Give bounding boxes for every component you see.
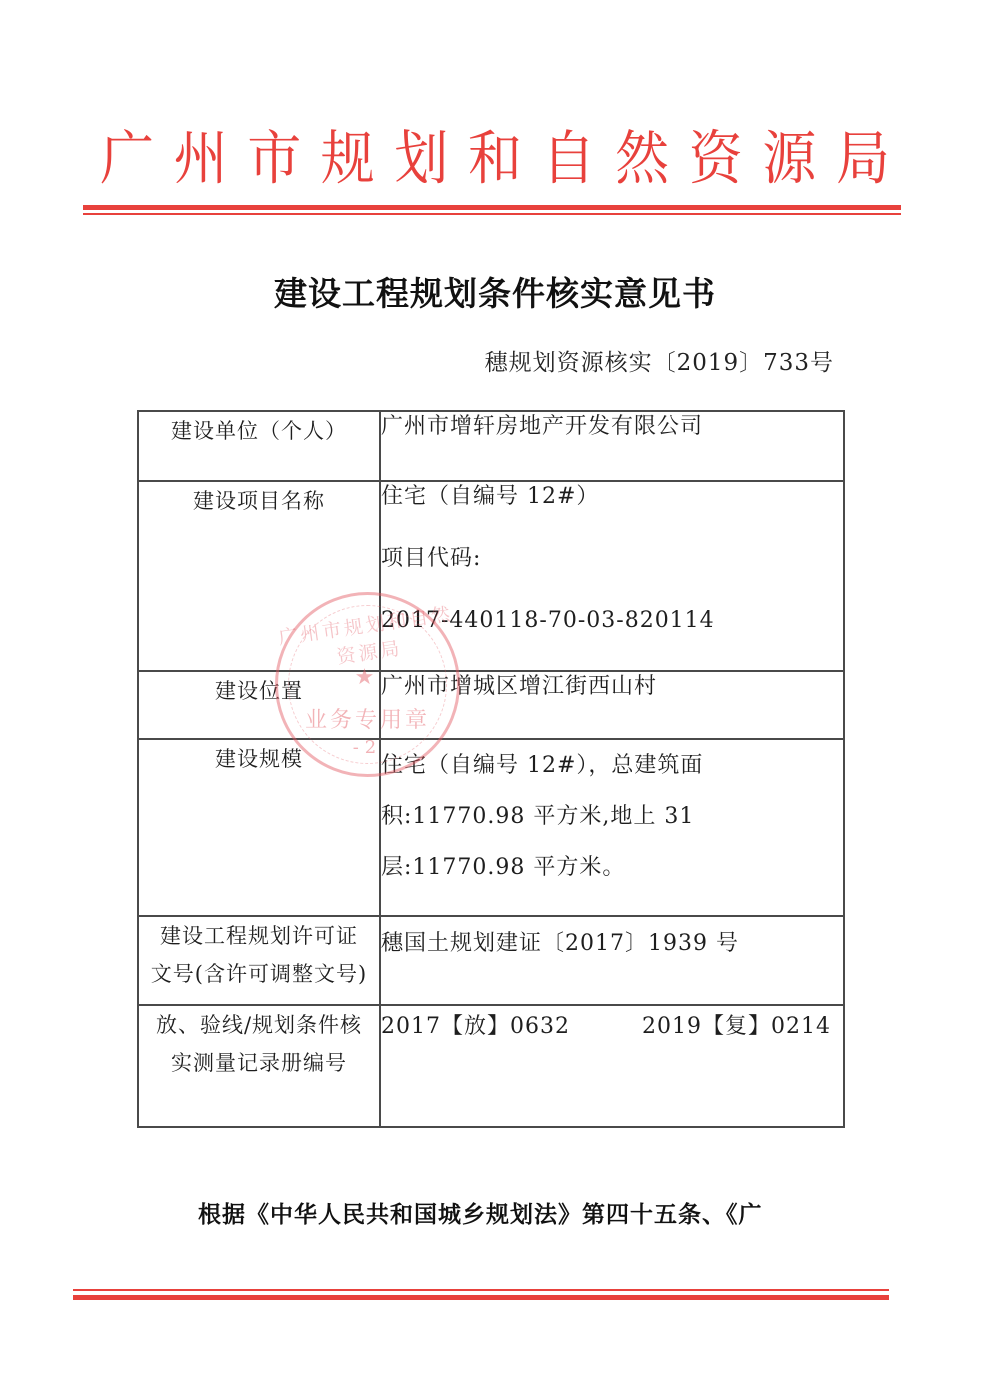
org-char: 自 <box>542 121 596 197</box>
label-line: 放、验线/规划条件核 <box>139 1006 379 1044</box>
org-char: 规 <box>321 121 375 197</box>
issuing-authority-title: 广 州 市 规 划 和 自 然 资 源 局 <box>100 121 890 197</box>
label-permit-number: 建设工程规划许可证 文号(含许可调整文号) <box>138 916 380 1005</box>
project-info-table: 建设单位（个人） 广州市增轩房地产开发有限公司 建设项目名称 住宅（自编号 12… <box>137 410 845 1128</box>
project-code: 2017-440118-70-03-820114 <box>381 606 843 636</box>
value-construction-unit: 广州市增轩房地产开发有限公司 <box>380 411 844 481</box>
document-title: 建设工程规划条件核实意见书 <box>0 268 990 315</box>
org-char: 市 <box>247 121 301 197</box>
value-project-name: 住宅（自编号 12#） 项目代码: 2017-440118-70-03-8201… <box>380 481 844 671</box>
org-char: 源 <box>762 121 816 197</box>
value-line: 住宅（自编号 12#） <box>381 482 843 512</box>
org-char: 州 <box>174 121 228 197</box>
org-char: 和 <box>468 121 522 197</box>
header-rule-thin <box>83 213 901 215</box>
org-char: 划 <box>394 121 448 197</box>
table-row: 建设单位（个人） 广州市增轩房地产开发有限公司 <box>138 411 844 481</box>
table-row: 建设位置 广州市增城区增江街西山村 <box>138 671 844 739</box>
value-line: 层:11770.98 平方米。 <box>381 842 843 893</box>
setting-out-record: 2017【放】0632 <box>381 1012 570 1042</box>
value-line: 广州市增城区增江街西山村 <box>381 672 843 702</box>
document-number: 穗规划资源核实〔2019〕733号 <box>485 344 834 377</box>
org-char: 然 <box>615 121 669 197</box>
value-line: 广州市增轩房地产开发有限公司 <box>381 412 843 442</box>
table-row: 建设规模 住宅（自编号 12#），总建筑面 积:11770.98 平方米,地上 … <box>138 739 844 916</box>
value-line: 住宅（自编号 12#），总建筑面 <box>381 740 843 791</box>
table-row: 建设项目名称 住宅（自编号 12#） 项目代码: 2017-440118-70-… <box>138 481 844 671</box>
org-char: 广 <box>100 121 154 197</box>
value-scale: 住宅（自编号 12#），总建筑面 积:11770.98 平方米,地上 31 层:… <box>380 739 844 916</box>
footer-rule-thin <box>73 1289 889 1291</box>
footer-rule-thick <box>73 1295 889 1300</box>
table-row: 建设工程规划许可证 文号(含许可调整文号) 穗国土规划建证〔2017〕1939 … <box>138 916 844 1005</box>
label-location: 建设位置 <box>138 671 380 739</box>
label-survey-record-number: 放、验线/规划条件核 实测量记录册编号 <box>138 1005 380 1127</box>
value-line: 积:11770.98 平方米,地上 31 <box>381 791 843 842</box>
label-scale: 建设规模 <box>138 739 380 916</box>
org-char: 资 <box>689 121 743 197</box>
body-paragraph: 根据《中华人民共和国城乡规划法》第四十五条、《广 <box>198 1196 763 1229</box>
label-project-name: 建设项目名称 <box>138 481 380 671</box>
label-construction-unit: 建设单位（个人） <box>138 411 380 481</box>
value-line: 穗国土规划建证〔2017〕1939 号 <box>381 929 843 959</box>
value-permit-number: 穗国土规划建证〔2017〕1939 号 <box>380 916 844 1005</box>
value-location: 广州市增城区增江街西山村 <box>380 671 844 739</box>
label-line: 文号(含许可调整文号) <box>139 955 379 993</box>
table-row: 放、验线/规划条件核 实测量记录册编号 2017【放】0632 2019【复】0… <box>138 1005 844 1127</box>
value-survey-record-number: 2017【放】0632 2019【复】0214 <box>380 1005 844 1127</box>
header-rule-thick <box>83 205 901 210</box>
label-line: 实测量记录册编号 <box>139 1044 379 1082</box>
value-line: 项目代码: <box>381 544 843 574</box>
label-line: 建设工程规划许可证 <box>139 917 379 955</box>
org-char: 局 <box>836 121 890 197</box>
review-record: 2019【复】0214 <box>642 1012 831 1042</box>
